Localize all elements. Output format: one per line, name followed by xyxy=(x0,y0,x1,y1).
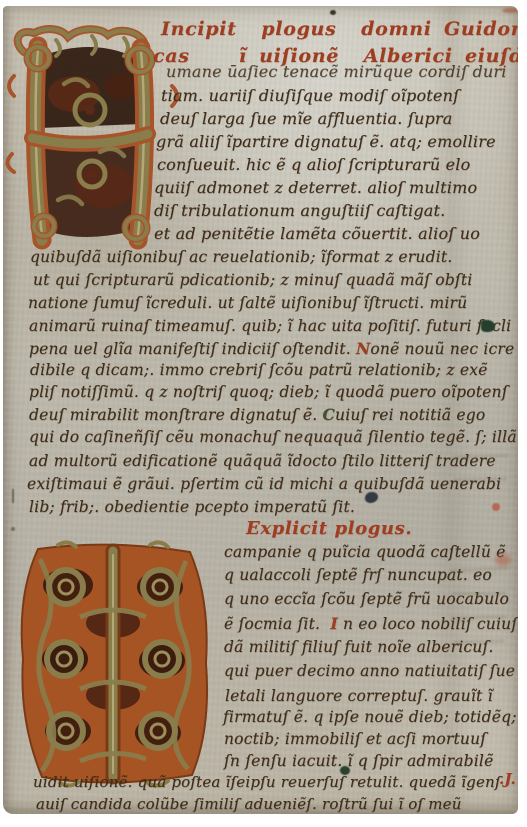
text-line: quiiſ admonet z deterret. alioſ multimo xyxy=(154,178,477,197)
text-line: umane ūaſiec tenacẽ mirũque cordiſ duri xyxy=(166,62,507,81)
text-line: auiſ candida colũbe ſimiliſ adueniẽſ. ro… xyxy=(36,795,462,813)
text-line: qui do caſineñſiſ cẽu monachuſ nequaquã … xyxy=(29,428,517,446)
text-line: grã aliiſ ĩpartire dignatuſ ẽ. atq; emol… xyxy=(156,132,496,151)
text-line: deuſ mirabilit monſtrare dignatuſ ẽ. Cui… xyxy=(29,405,485,424)
text-line: natione ſumuſ ĩcreduli. ut ſaltẽ uiſioni… xyxy=(28,294,467,312)
stain-green xyxy=(481,320,495,332)
text-line: uidit uiſionẽ. quã poſtea ĩſeipſu reuerſ… xyxy=(33,773,501,791)
stain-red-smudge xyxy=(495,554,511,566)
quire-mark: .J. xyxy=(499,770,516,788)
text-line: animarũ ruinaſ timeamuſ. quib; ĩ hac uit… xyxy=(29,317,511,335)
text-line-segment: onẽ nouũ nec icre xyxy=(370,340,514,358)
stain-red-streak xyxy=(502,8,518,13)
text-line: lib; frib;. obedientie pcepto imperatũ ſ… xyxy=(29,498,355,516)
text-line: campanie q puĩcia quodã caſtellũ ẽ xyxy=(224,543,506,561)
text-line: quibuſdã uiſionibuſ ac reuelationib; ĩfo… xyxy=(30,248,452,266)
text-line: tiam. uariiſ diuſiſque modiſ oĩpotenſ xyxy=(161,86,459,105)
decorated-initial-c: C xyxy=(322,405,335,424)
margin-dot xyxy=(11,527,15,531)
stain-ink xyxy=(365,492,378,503)
text-line: ſn ſenſu iacuit. ĩ q ſpir admirabilẽ xyxy=(224,752,493,770)
text-line: ad multorũ edificationẽ quãquã ĩdocto ſt… xyxy=(29,452,496,470)
stain-speck xyxy=(330,10,336,15)
rubric-incipit-line1: Incipit plogus domni Guidonis pbri xyxy=(161,18,518,40)
text-line: pliſ notiſſimũ. q z noſtriſ quoq; dieb; … xyxy=(29,383,508,401)
rubricated-paragraph-initial: I xyxy=(330,614,337,633)
text-line: et ad penitẽtie lamẽta cõuertit. alioſ u… xyxy=(154,224,480,243)
text-line-segment: uiuſ rei notitiã ego xyxy=(335,406,485,424)
stain-red-dot xyxy=(492,503,500,511)
rubricated-initial-n: N xyxy=(356,339,370,358)
text-line: dibile q dicam;. immo crebriſ ſcõu patrũ… xyxy=(30,361,488,379)
text-line: letali languore correptuſ. grauĩt ĩ xyxy=(225,687,493,705)
manuscript-photo: { "manuscript": { "description_label": "… xyxy=(0,0,527,827)
text-line: qui puer decimo anno natiuitatiſ ſue xyxy=(224,662,515,680)
margin-tick xyxy=(12,489,14,503)
illuminated-initial-i xyxy=(10,539,218,789)
rubric-explicit: Explicit plogus. xyxy=(246,518,412,539)
show-through-line xyxy=(453,640,505,644)
text-line: exiſtimaui ẽ grãui. pſertim cũ id michi … xyxy=(27,475,501,493)
text-line: ut qui ſcripturarũ pdicationib; z minuſ … xyxy=(33,271,472,289)
text-line: conſueuit. hic ẽ q alioſ ſcripturarũ elo xyxy=(157,155,470,174)
text-line-segment: deuſ mirabilit monſtrare dignatuſ ẽ. xyxy=(29,406,322,424)
parchment-page: Incipit plogus domni Guidonis pbri cas ĩ… xyxy=(3,6,518,814)
text-line: pena uel glĩa manifeſtiſ indiciiſ oſtend… xyxy=(29,339,514,358)
text-line-segment: ẽ ſocmia ſit. xyxy=(224,615,330,633)
text-line: noctib; immobiliſ et acſi mortuuſ xyxy=(224,730,486,748)
text-line: deuſ larga ſue mĩe affluentia. ſupra xyxy=(160,109,453,128)
text-line-segment: pena uel glĩa manifeſtiſ indiciiſ oſtend… xyxy=(29,340,356,358)
text-line: diſ tribulationum anguſtiiſ caſtigat. xyxy=(154,201,445,220)
text-line: firmatuſ ẽ. q ipſe nouẽ dieb; totidẽq; xyxy=(223,708,517,726)
stain-green-small xyxy=(340,766,350,775)
